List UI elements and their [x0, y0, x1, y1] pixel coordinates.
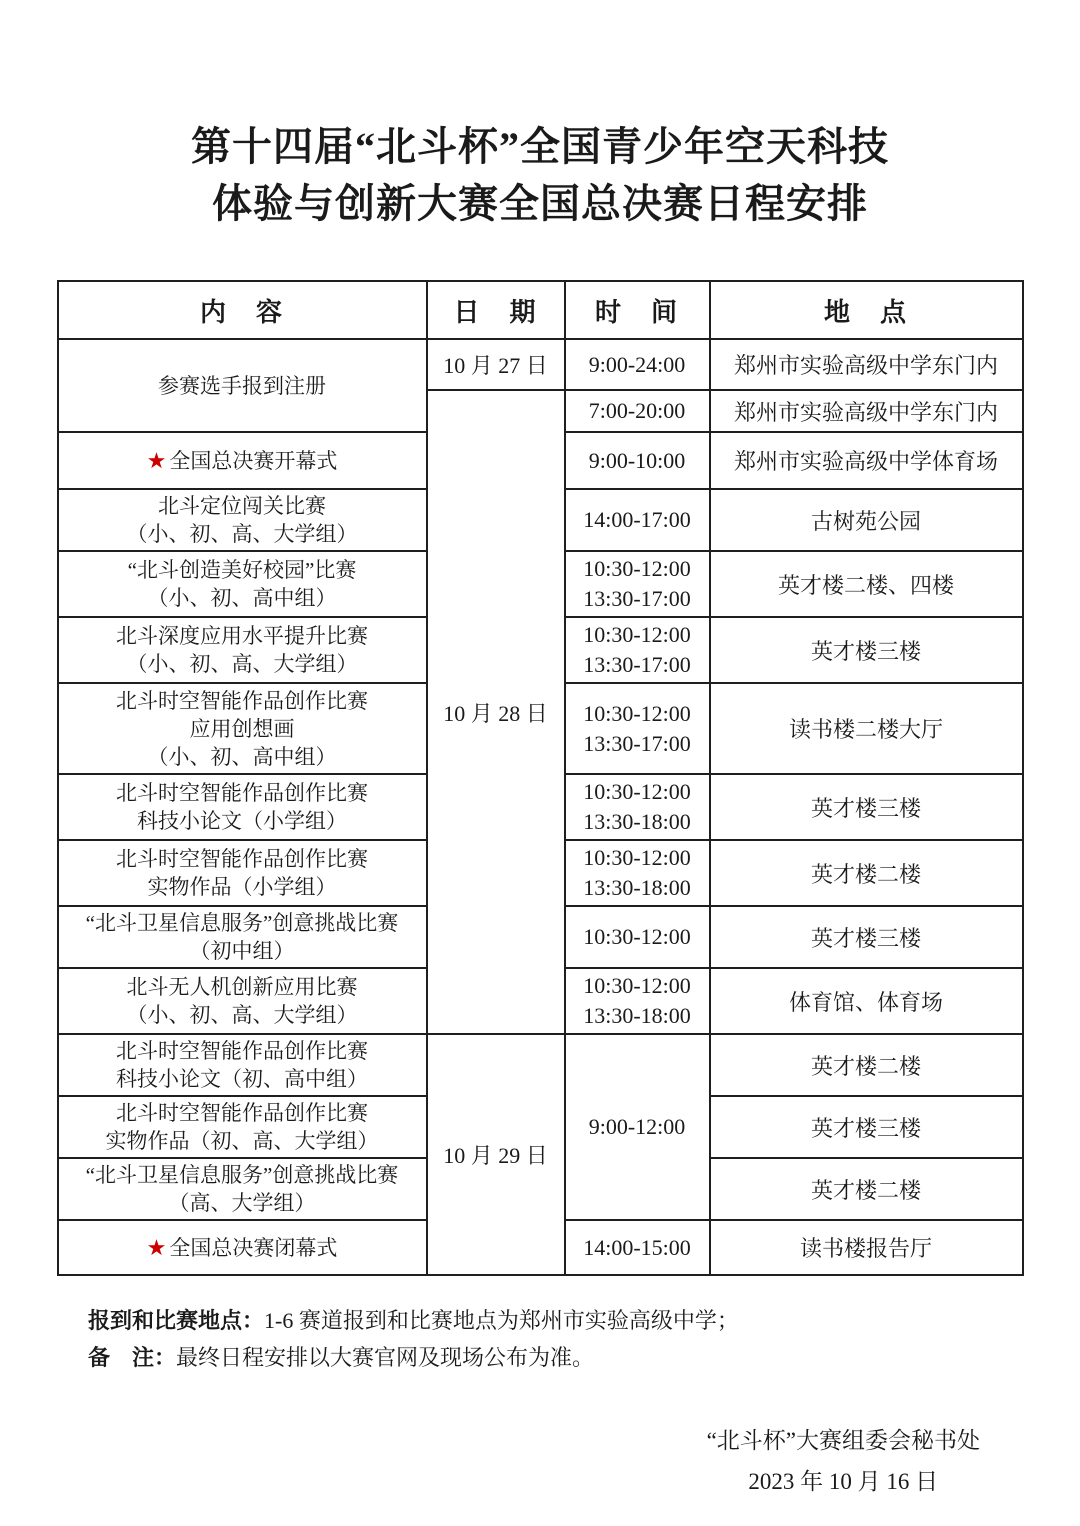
cell-location: 英才楼三楼 — [710, 1096, 1023, 1158]
cell-location: 英才楼二楼 — [710, 1034, 1023, 1096]
header-location: 地 点 — [710, 281, 1023, 339]
cell-location: 郑州市实验高级中学东门内 — [710, 339, 1023, 390]
title-line-1: 第十四届“北斗杯”全国青少年空天科技 — [0, 118, 1080, 175]
cell-time: 10:30-12:00 13:30-17:00 — [565, 617, 710, 683]
cell-time: 7:00-20:00 — [565, 390, 710, 432]
cell-location: 英才楼三楼 — [710, 774, 1023, 840]
document-page: 第十四届“北斗杯”全国青少年空天科技 体验与创新大赛全国总决赛日程安排 内 容 … — [0, 0, 1080, 1526]
cell-time: 10:30-12:00 13:30-18:00 — [565, 968, 710, 1034]
cell-content: 北斗无人机创新应用比赛 （小、初、高、大学组） — [58, 968, 427, 1034]
cell-location: 郑州市实验高级中学东门内 — [710, 390, 1023, 432]
cell-content: “北斗创造美好校园”比赛 （小、初、高中组） — [58, 551, 427, 617]
cell-content: 北斗时空智能作品创作比赛 实物作品（小学组） — [58, 840, 427, 906]
note-line: 备 注：最终日程安排以大赛官网及现场公布为准。 — [88, 1339, 1080, 1376]
star-icon: ★ — [147, 448, 167, 473]
cell-content: 北斗时空智能作品创作比赛 应用创想画 （小、初、高中组） — [58, 683, 427, 774]
cell-location: 英才楼三楼 — [710, 906, 1023, 968]
cell-content: 北斗时空智能作品创作比赛 科技小论文（初、高中组） — [58, 1034, 427, 1096]
signature-date: 2023 年 10 月 16 日 — [707, 1461, 980, 1502]
footnotes: 报到和比赛地点：1-6 赛道报到和比赛地点为郑州市实验高级中学； 备 注：最终日… — [88, 1302, 1080, 1376]
cell-time: 10:30-12:00 13:30-17:00 — [565, 551, 710, 617]
header-time: 时 间 — [565, 281, 710, 339]
event-label: 全国总决赛闭幕式 — [169, 1236, 337, 1260]
cell-time: 10:30-12:00 — [565, 906, 710, 968]
note-text: 最终日程安排以大赛官网及现场公布为准。 — [176, 1345, 594, 1370]
cell-content: 北斗深度应用水平提升比赛 （小、初、高、大学组） — [58, 617, 427, 683]
cell-content: 北斗时空智能作品创作比赛 科技小论文（小学组） — [58, 774, 427, 840]
cell-location: 英才楼二楼 — [710, 1158, 1023, 1220]
cell-location: 英才楼二楼 — [710, 840, 1023, 906]
cell-content: ★全国总决赛开幕式 — [58, 432, 427, 489]
cell-content: “北斗卫星信息服务”创意挑战比赛 （初中组） — [58, 906, 427, 968]
note-text: 1-6 赛道报到和比赛地点为郑州市实验高级中学； — [264, 1308, 739, 1333]
cell-time: 10:30-12:00 13:30-18:00 — [565, 774, 710, 840]
cell-date: 10 月 27 日 — [427, 339, 565, 390]
cell-time: 10:30-12:00 13:30-17:00 — [565, 683, 710, 774]
cell-location: 郑州市实验高级中学体育场 — [710, 432, 1023, 489]
cell-content: 北斗定位闯关比赛 （小、初、高、大学组） — [58, 489, 427, 551]
event-label: 全国总决赛开幕式 — [169, 449, 337, 473]
cell-time: 14:00-15:00 — [565, 1220, 710, 1275]
cell-content: “北斗卫星信息服务”创意挑战比赛 （高、大学组） — [58, 1158, 427, 1220]
cell-time: 9:00-24:00 — [565, 339, 710, 390]
signature-block: “北斗杯”大赛组委会秘书处 2023 年 10 月 16 日 — [0, 1420, 980, 1502]
signature-org: “北斗杯”大赛组委会秘书处 — [707, 1420, 980, 1461]
cell-location: 英才楼二楼、四楼 — [710, 551, 1023, 617]
header-date: 日 期 — [427, 281, 565, 339]
cell-time: 10:30-12:00 13:30-18:00 — [565, 840, 710, 906]
cell-location: 读书楼二楼大厅 — [710, 683, 1023, 774]
cell-location: 体育馆、体育场 — [710, 968, 1023, 1034]
signature-inner: “北斗杯”大赛组委会秘书处 2023 年 10 月 16 日 — [707, 1420, 980, 1502]
page-title: 第十四届“北斗杯”全国青少年空天科技 体验与创新大赛全国总决赛日程安排 — [0, 0, 1080, 232]
cell-location: 读书楼报告厅 — [710, 1220, 1023, 1275]
cell-content: ★全国总决赛闭幕式 — [58, 1220, 427, 1275]
cell-time: 14:00-17:00 — [565, 489, 710, 551]
cell-date: 10 月 28 日 — [427, 390, 565, 1034]
cell-content: 参赛选手报到注册 — [58, 339, 427, 432]
note-label: 备 注： — [88, 1345, 176, 1370]
cell-time: 9:00-12:00 — [565, 1034, 710, 1220]
table-row: 参赛选手报到注册 10 月 27 日 9:00-24:00 郑州市实验高级中学东… — [58, 339, 1023, 390]
table-header-row: 内 容 日 期 时 间 地 点 — [58, 281, 1023, 339]
cell-location: 古树苑公园 — [710, 489, 1023, 551]
header-content: 内 容 — [58, 281, 427, 339]
star-icon: ★ — [147, 1235, 167, 1260]
table-row: 北斗时空智能作品创作比赛 科技小论文（初、高中组） 10 月 29 日 9:00… — [58, 1034, 1023, 1096]
title-line-2: 体验与创新大赛全国总决赛日程安排 — [0, 175, 1080, 232]
cell-time: 9:00-10:00 — [565, 432, 710, 489]
note-line: 报到和比赛地点：1-6 赛道报到和比赛地点为郑州市实验高级中学； — [88, 1302, 1080, 1339]
schedule-table: 内 容 日 期 时 间 地 点 参赛选手报到注册 10 月 27 日 9:00-… — [57, 280, 1024, 1276]
cell-date: 10 月 29 日 — [427, 1034, 565, 1275]
note-label: 报到和比赛地点： — [88, 1308, 264, 1333]
cell-location: 英才楼三楼 — [710, 617, 1023, 683]
cell-content: 北斗时空智能作品创作比赛 实物作品（初、高、大学组） — [58, 1096, 427, 1158]
